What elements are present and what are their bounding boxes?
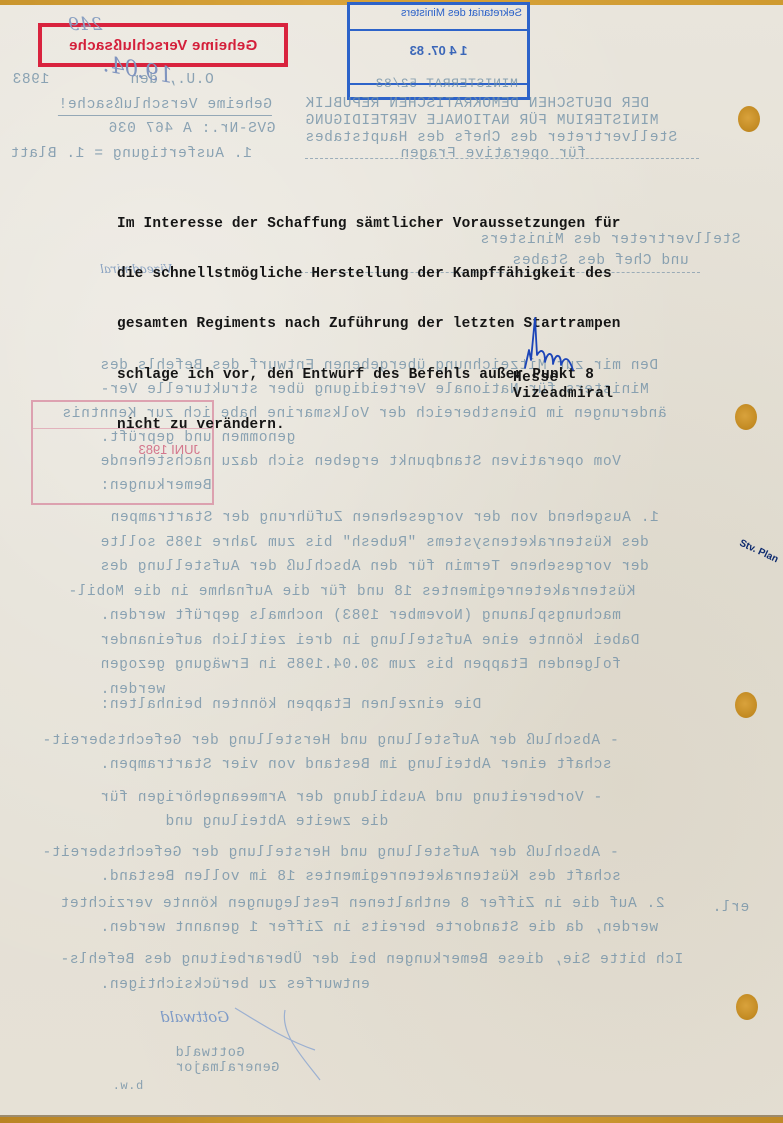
signatory-rank: Generalmajor — [175, 1061, 279, 1076]
secretariat-stamp-header: Sekretariat des Ministers — [350, 5, 527, 31]
gvs-number: GVS-Nr.: A 467 036 — [108, 121, 275, 137]
point-2-line: 2. Auf die in Ziffer 8 enthaltenen Festl… — [60, 896, 665, 912]
header-divider — [305, 158, 699, 159]
year: 1983 — [12, 72, 49, 88]
body-intro-line: Bemerkungen: — [100, 478, 212, 494]
closing-line: entwurfes zu berücksichtigen. — [100, 977, 370, 993]
punch-hole — [735, 404, 757, 430]
stage-line: schaft einer Abteilung im Bestand von vi… — [100, 757, 612, 773]
header-right-line: für operative Fragen — [400, 146, 586, 162]
header-right-line: DER DEUTSCHEN DEMOKRATISCHEN REPUBLIK — [305, 96, 649, 112]
point-1-line: Dabei könnte eine Aufstellung in drei ze… — [100, 633, 639, 649]
point-1-line: werden. — [100, 682, 165, 698]
signatory-initials: b.w. — [112, 1079, 143, 1093]
classification-label: Geheime Verschlußsache! — [58, 97, 272, 116]
point-1-line: der vorgesehene Termin für den Abschluß … — [100, 559, 649, 575]
memo-line: Im Interesse der Schaffung sämtlicher Vo… — [117, 216, 621, 233]
stage-line: - Abschluß der Aufstellung und Herstellu… — [42, 845, 619, 861]
gottwald-signature: Gottwald — [160, 1008, 229, 1026]
signatory-name: Gottwald — [175, 1046, 245, 1061]
page-edge-bottom — [0, 1117, 783, 1123]
memo-line: die schnellstmögliche Herstellung der Ka… — [117, 266, 621, 283]
stage-line: die zweite Abteilung und — [165, 814, 388, 830]
header-right-line: MINISTERIUM FÜR NATIONALE VERTEIDIGUNG — [305, 113, 658, 129]
margin-mark: erl. — [712, 900, 749, 916]
memo-signature-rank: Vizeadmiral — [513, 386, 614, 402]
stage-line: schaft des Küstenraketenregimentes 18 im… — [100, 869, 621, 885]
margin-annotation: Stv. Plan — [738, 538, 780, 566]
pencil-page-number: 249 — [68, 14, 102, 35]
memo-signature-name: Hesse — [513, 370, 559, 386]
stage-line: - Abschluß der Aufstellung und Herstellu… — [42, 733, 619, 749]
punch-hole — [736, 994, 758, 1020]
point-1-line: des Küstenraketensystems "Rubesh" bis zu… — [100, 535, 649, 551]
closing-line: Ich bitte Sie, diese Bemerkungen bei der… — [60, 952, 683, 968]
header-right-line: Stellvertreter des Chefs des Hauptstabes — [305, 130, 677, 146]
stages-intro: Die einzelnen Etappen könnten beinhalten… — [100, 697, 481, 713]
punch-hole — [735, 692, 757, 718]
point-1-line: folgenden Etappen bis zum 30.04.1985 in … — [100, 657, 621, 673]
memo-line: nicht zu verändern. — [117, 417, 621, 434]
copy-info: 1. Ausfertigung = 1. Blatt — [10, 146, 252, 162]
point-1-line: machungsplanung (November 1983) nochmals… — [100, 608, 621, 624]
punch-hole — [738, 106, 760, 132]
ministerrat-stamp: MINISTERRAT 52/83 — [375, 76, 518, 91]
point-1-line: Küstenraketenregimentes 18 und für die A… — [68, 584, 635, 600]
point-1-line: 1. Ausgehend von der vorgesehenen Zuführ… — [110, 510, 659, 526]
document-page: Geheime Verschlußsache 249 Sekretariat d… — [0, 0, 783, 1123]
point-2-line: werden, da die Standorte bereits in Ziff… — [100, 920, 658, 936]
hesse-signature — [515, 310, 595, 375]
stage-line: - Vorbereitung und Ausbildung der Armeea… — [100, 790, 602, 806]
